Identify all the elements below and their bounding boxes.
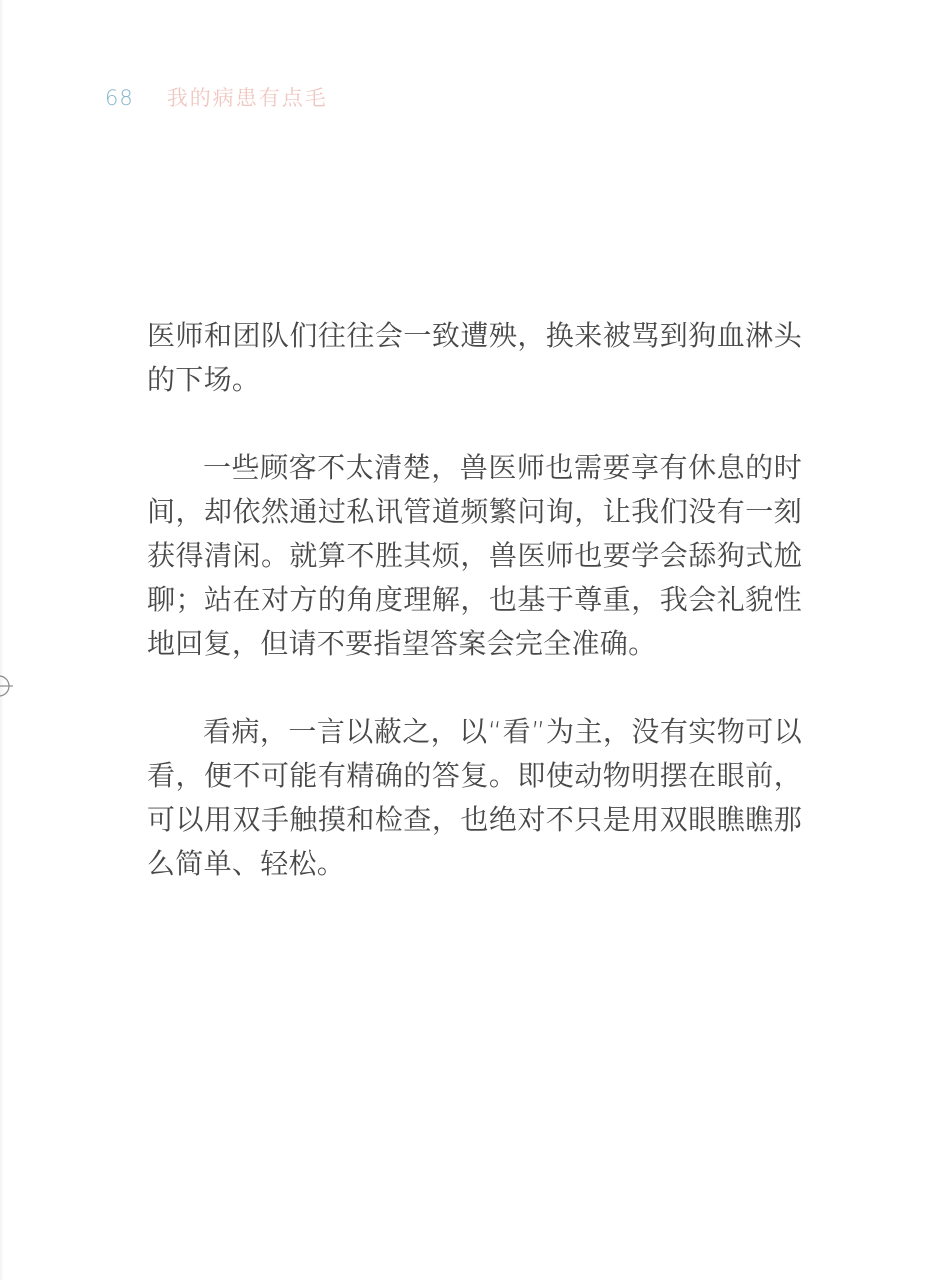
running-head: 68 我的病患有点毛 bbox=[105, 82, 328, 112]
page-body: 医师和团队们往往会一致遭殃，换来被骂到狗血淋头的下场。 一些顾客不太清楚，兽医师… bbox=[147, 314, 802, 930]
paragraph-1: 医师和团队们往往会一致遭殃，换来被骂到狗血淋头的下场。 bbox=[147, 314, 802, 402]
book-page: 68 我的病患有点毛 医师和团队们往往会一致遭殃，换来被骂到狗血淋头的下场。 一… bbox=[0, 0, 936, 1280]
page-number: 68 bbox=[105, 86, 134, 110]
paragraph-2: 一些顾客不太清楚，兽医师也需要享有休息的时间，却依然通过私讯管道频繁问询，让我们… bbox=[147, 446, 802, 666]
paragraph-3: 看病，一言以蔽之，以“看”为主，没有实物可以看，便不可能有精确的答复。即使动物明… bbox=[147, 710, 802, 886]
running-head-book-title: 我的病患有点毛 bbox=[167, 82, 328, 112]
edge-registration-mark-icon bbox=[0, 672, 18, 700]
